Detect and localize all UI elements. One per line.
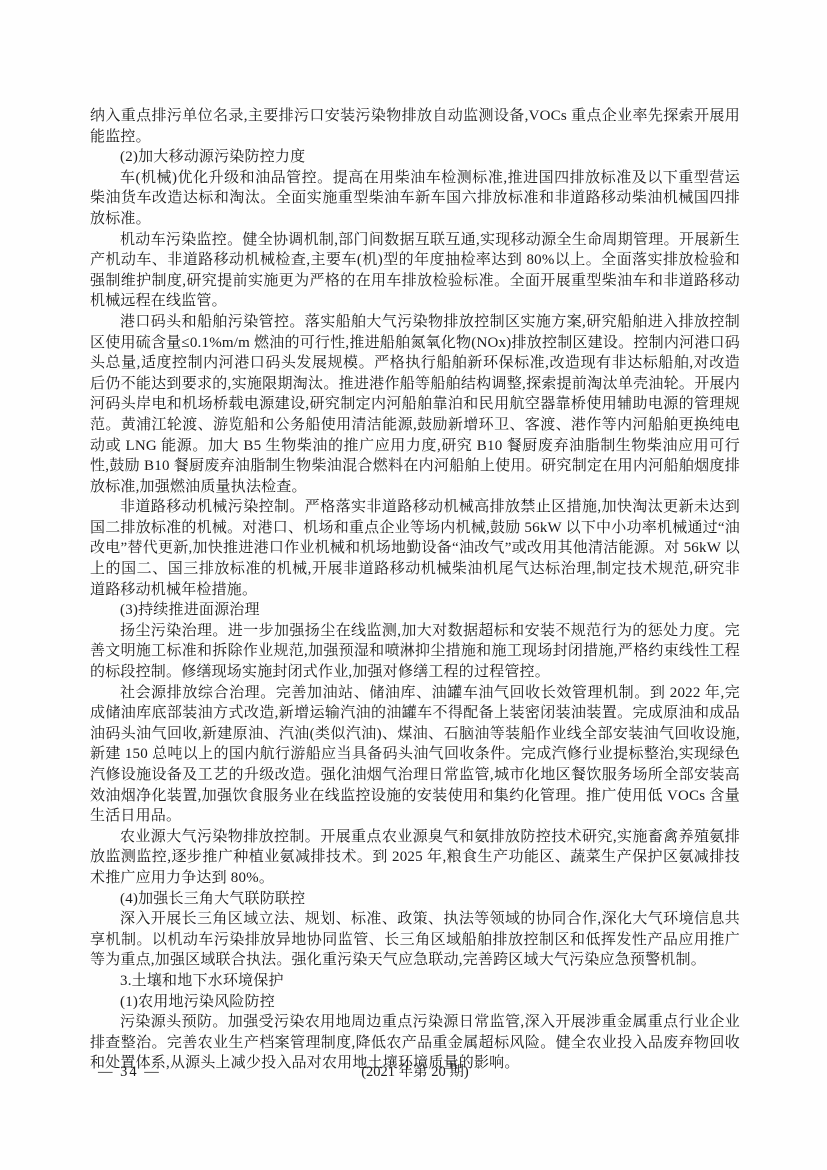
paragraph: 机动车污染监控。健全协调机制,部门间数据互联互通,实现移动源全生命周期管理。开展…	[90, 230, 740, 312]
document-page: 纳入重点排污单位名录,主要排污口安装污染物排放自动监测设备,VOCs 重点企业率…	[0, 0, 827, 1170]
section-heading: (2)加大移动源污染防控力度	[90, 147, 740, 168]
section-heading: (3)持续推进面源治理	[90, 600, 740, 621]
paragraph: 港口码头和船舶污染管控。落实船舶大气污染物排放控制区实施方案,研究船舶进入排放控…	[90, 312, 740, 497]
section-heading: (1)农用地污染风险防控	[90, 992, 740, 1013]
paragraph: 深入开展长三角区域立法、规划、标准、政策、执法等领域的协同合作,深化大气环境信息…	[90, 909, 740, 971]
issue-label: (2021 年第 20 期)	[90, 1060, 740, 1084]
body-text: 纳入重点排污单位名录,主要排污口安装污染物排放自动监测设备,VOCs 重点企业率…	[90, 106, 740, 1074]
paragraph: 农业源大气污染物排放控制。开展重点农业源臭气和氨排放防控技术研究,实施畜禽养殖氨…	[90, 827, 740, 889]
paragraph: 扬尘污染治理。进一步加强扬尘在线监测,加大对数据超标和安装不规范行为的惩处力度。…	[90, 621, 740, 683]
section-heading: 3.土壤和地下水环境保护	[90, 971, 740, 992]
section-heading: (4)加强长三角大气联防联控	[90, 889, 740, 910]
paragraph: 纳入重点排污单位名录,主要排污口安装污染物排放自动监测设备,VOCs 重点企业率…	[90, 106, 740, 147]
paragraph: 车(机械)优化升级和油品管控。提高在用柴油车检测标准,推进国四排放标准及以下重型…	[90, 168, 740, 230]
page-footer: — 34 — (2021 年第 20 期)	[90, 1060, 740, 1084]
paragraph: 社会源排放综合治理。完善加油站、储油库、油罐车油气回收长效管理机制。到 2022…	[90, 683, 740, 827]
paragraph: 非道路移动机械污染控制。严格落实非道路移动机械高排放禁止区措施,加快淘汰更新未达…	[90, 497, 740, 600]
